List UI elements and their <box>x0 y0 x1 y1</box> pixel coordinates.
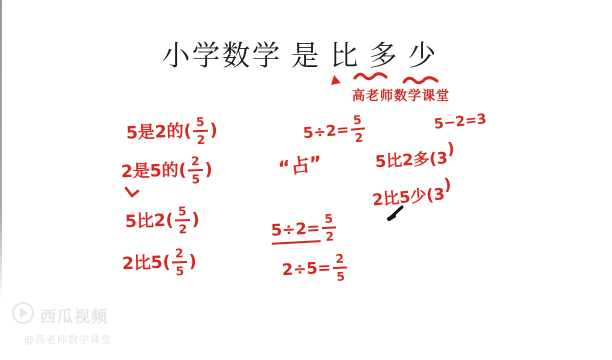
fraction-numerator: 2 <box>188 155 203 171</box>
wavy-underline-duo <box>353 69 389 82</box>
note-2-div-5: 2÷5=25 <box>281 252 350 285</box>
note-text: 5比2( <box>125 211 174 233</box>
triangle-emphasis-marker <box>329 74 341 85</box>
note-text-underlined: 5÷2= <box>270 218 320 245</box>
fraction-numerator: 5 <box>193 116 208 132</box>
note-text: ) <box>188 252 196 272</box>
note-text: 2比5( <box>122 253 171 275</box>
channel-name: 高老师数学课堂 <box>352 85 450 104</box>
note-text: 2是5的( <box>121 160 187 182</box>
note-5-div-2: 5÷2=52 <box>302 113 369 148</box>
watermark-account: @高老师数学课堂 <box>24 331 112 346</box>
watermark-brand: 西瓜视频 <box>40 304 108 327</box>
page-title: 小学数学 是 比 多 少 <box>0 34 600 74</box>
note-5-bi-2: 5比2(52) <box>124 205 200 238</box>
fraction-numerator: 5 <box>175 205 190 221</box>
fraction: 52 <box>321 212 337 243</box>
note-text: 2比5少(3 <box>371 184 445 209</box>
note-text: ) <box>209 120 217 140</box>
note-text: 5是2的( <box>126 121 192 143</box>
note-close-paren: ) <box>447 139 455 158</box>
fraction-numerator: 2 <box>172 247 187 263</box>
video-frame: 小学数学 是 比 多 少 高老师数学课堂 5是2的(52) 2是5的(25) 5… <box>0 0 612 360</box>
fraction: 25 <box>332 252 348 283</box>
note-close-paren: ) <box>443 175 452 195</box>
fraction: 52 <box>193 116 208 146</box>
fraction: 52 <box>175 205 190 235</box>
note-text: 2÷5= <box>281 258 331 280</box>
note-text: ) <box>205 160 213 180</box>
note-2-less-than-5: 2比5少(3) <box>371 181 453 211</box>
note-5-minus-2: 5−2=3 <box>433 111 487 132</box>
note-text: 5比2多(3 <box>375 148 449 171</box>
fraction-denominator: 5 <box>188 171 203 185</box>
note-2-is-of-5: 2是5的(25) <box>121 155 213 187</box>
fraction-numerator: 5 <box>350 113 366 130</box>
fraction-denominator: 2 <box>175 221 190 235</box>
fraction-numerator: 2 <box>332 252 347 269</box>
note-5-is-of-2: 5是2的(52) <box>126 115 219 148</box>
fraction-denominator: 5 <box>172 263 187 277</box>
note-5-div-2-underlined: 5÷2=52 <box>270 212 339 245</box>
fraction-denominator: 5 <box>333 268 348 283</box>
note-zhan: “占” <box>276 148 323 181</box>
xigua-play-icon <box>12 302 34 324</box>
fraction-denominator: 2 <box>322 228 337 243</box>
note-text: 5÷2= <box>302 120 349 142</box>
fraction-denominator: 2 <box>351 129 367 144</box>
play-triangle-icon <box>20 308 28 318</box>
emphasis-tick <box>124 184 140 198</box>
fraction: 25 <box>172 247 187 277</box>
note-5-more-than-2: 5比2多(3) <box>374 145 455 172</box>
fraction: 25 <box>188 155 203 185</box>
note-2-bi-5: 2比5(25) <box>121 247 197 280</box>
fraction-denominator: 2 <box>193 132 208 146</box>
fraction: 52 <box>350 113 367 144</box>
fraction-numerator: 5 <box>321 212 336 229</box>
note-text: ) <box>191 210 199 230</box>
